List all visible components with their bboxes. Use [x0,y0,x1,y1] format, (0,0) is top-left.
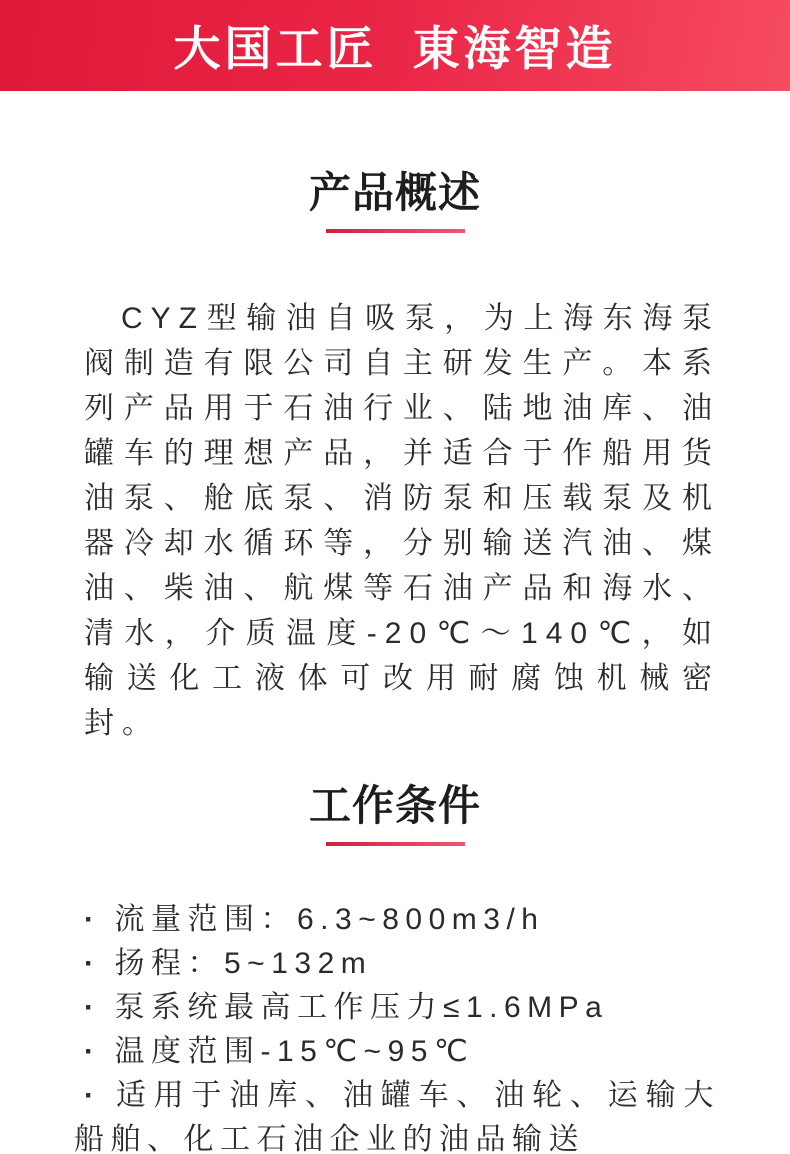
bullet-dot-icon: · [84,947,101,980]
overview-heading: 产品概述 [0,168,790,217]
bullet-dot-icon: · [84,1079,101,1112]
product-detail-page: 大国工匠 東海智造 产品概述 CYZ型输油自吸泵，为上海东海泵阀制造有限公司自主… [0,0,790,1154]
conditions-section: 工作条件 ·流量范围：6.3~800m3/h ·扬程：5~132m ·泵系统最高… [0,781,790,1154]
bullet-dot-icon: · [84,991,101,1024]
overview-paragraph: CYZ型输油自吸泵，为上海东海泵阀制造有限公司自主研发生产。本系列产品用于石油行… [84,296,720,746]
list-item: ·适用于油库、油罐车、油轮、运输大船舶、化工石油企业的油品输送 [0,1074,790,1154]
list-item: ·温度范围-15℃~95℃ [0,1030,790,1074]
conditions-heading: 工作条件 [0,781,790,830]
list-item-text: 适用于油库、油罐车、油轮、运输大船舶、化工石油企业的油品输送 [74,1079,720,1154]
conditions-list: ·流量范围：6.3~800m3/h ·扬程：5~132m ·泵系统最高工作压力≤… [0,898,790,1154]
bullet-dot-icon: · [84,1035,101,1068]
banner-title: 大国工匠 東海智造 [173,12,616,79]
list-item-text: 流量范围：6.3~800m3/h [115,903,545,936]
list-item: ·扬程：5~132m [0,942,790,986]
brand-banner: 大国工匠 東海智造 [0,0,790,91]
list-item-text: 扬程：5~132m [115,947,373,980]
list-item: ·泵系统最高工作压力≤1.6MPa [0,986,790,1030]
list-item-text: 温度范围-15℃~95℃ [115,1035,475,1068]
overview-heading-underline [326,229,465,233]
bullet-dot-icon: · [84,903,101,936]
conditions-heading-underline [326,842,465,846]
list-item: ·流量范围：6.3~800m3/h [0,898,790,942]
overview-section: 产品概述 CYZ型输油自吸泵，为上海东海泵阀制造有限公司自主研发生产。本系列产品… [0,168,790,746]
list-item-text: 泵系统最高工作压力≤1.6MPa [115,991,609,1024]
